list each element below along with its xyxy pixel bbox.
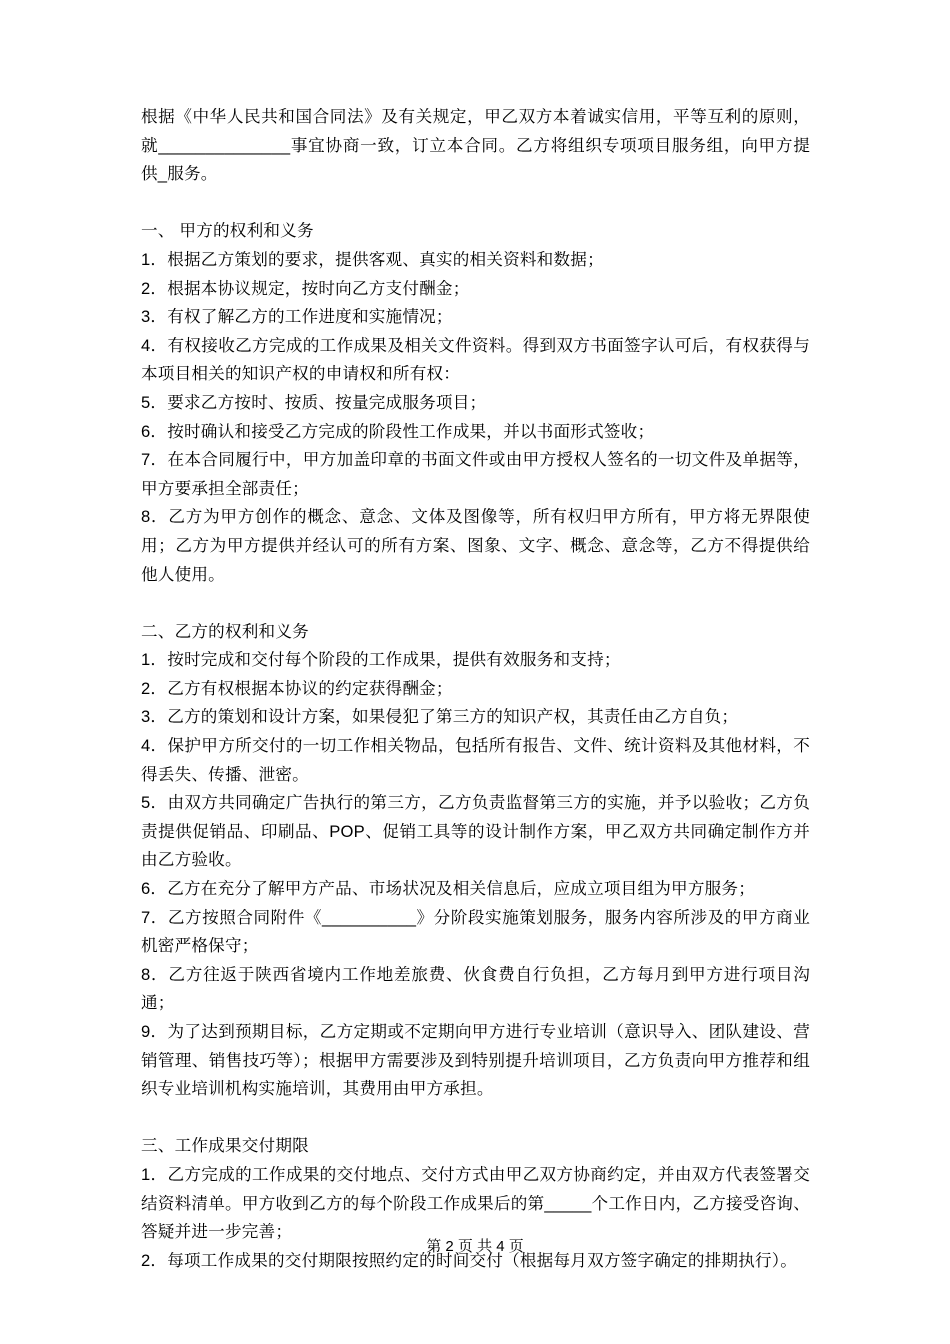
section-1-title: 一、 甲方的权利和义务 — [141, 217, 810, 246]
section-2-item-8: 8．乙方往返于陕西省境内工作地差旅费、伙食费自行负担，乙方每月到甲方进行项目沟通… — [141, 961, 810, 1018]
section-2-item-4: 4．保护甲方所交付的一切工作相关物品，包括所有报告、文件、统计资料及其他材料，不… — [141, 732, 810, 789]
section-1-item-1: 1．根据乙方策划的要求，提供客观、真实的相关资料和数据； — [141, 246, 810, 275]
section-party-b-rights: 二、乙方的权利和义务 1．按时完成和交付每个阶段的工作成果，提供有效服务和支持；… — [141, 618, 810, 1104]
section-1-item-4: 4．有权接收乙方完成的工作成果及相关文件资料。得到双方书面签字认可后，有权获得与… — [141, 332, 810, 389]
section-2-item-3: 3．乙方的策划和设计方案，如果侵犯了第三方的知识产权，其责任由乙方自负； — [141, 703, 810, 732]
page-number-footer: 第 2 页 共 4 页 — [0, 1237, 950, 1257]
contract-body: 根据《中华人民共和国合同法》及有关规定，甲乙双方本着诚实信用，平等互利的原则，就… — [141, 103, 810, 1275]
section-2-item-2: 2．乙方有权根据本协议的约定获得酬金； — [141, 675, 810, 704]
section-2-item-9: 9．为了达到预期目标，乙方定期或不定期向甲方进行专业培训（意识导入、团队建设、营… — [141, 1018, 810, 1104]
intro-paragraph: 根据《中华人民共和国合同法》及有关规定，甲乙双方本着诚实信用，平等互利的原则，就… — [141, 103, 810, 189]
section-2-item-7: 7．乙方按照合同附件《__________》分阶段实施策划服务，服务内容所涉及的… — [141, 904, 810, 961]
contract-document-page: 根据《中华人民共和国合同法》及有关规定，甲乙双方本着诚实信用，平等互利的原则，就… — [0, 0, 950, 1344]
section-3-title: 三、工作成果交付期限 — [141, 1132, 810, 1161]
section-1-item-8: 8．乙方为甲方创作的概念、意念、文体及图像等，所有权归甲方所有，甲方将无界限使用… — [141, 503, 810, 589]
section-2-item-1: 1．按时完成和交付每个阶段的工作成果，提供有效服务和支持； — [141, 646, 810, 675]
section-1-item-2: 2．根据本协议规定，按时向乙方支付酬金； — [141, 275, 810, 304]
section-1-item-5: 5．要求乙方按时、按质、按量完成服务项目； — [141, 389, 810, 418]
section-1-item-6: 6．按时确认和接受乙方完成的阶段性工作成果，并以书面形式签收； — [141, 418, 810, 447]
section-2-item-5: 5．由双方共同确定广告执行的第三方，乙方负责监督第三方的实施，并予以验收；乙方负… — [141, 789, 810, 875]
section-1-item-3: 3．有权了解乙方的工作进度和实施情况； — [141, 303, 810, 332]
section-2-title: 二、乙方的权利和义务 — [141, 618, 810, 647]
section-party-a-rights: 一、 甲方的权利和义务 1．根据乙方策划的要求，提供客观、真实的相关资料和数据；… — [141, 217, 810, 589]
section-1-item-7: 7．在本合同履行中，甲方加盖印章的书面文件或由甲方授权人签名的一切文件及单据等，… — [141, 446, 810, 503]
section-3-item-1: 1．乙方完成的工作成果的交付地点、交付方式由甲乙双方协商约定，并由双方代表签署交… — [141, 1161, 810, 1247]
section-2-item-6: 6．乙方在充分了解甲方产品、市场状况及相关信息后，应成立项目组为甲方服务； — [141, 875, 810, 904]
